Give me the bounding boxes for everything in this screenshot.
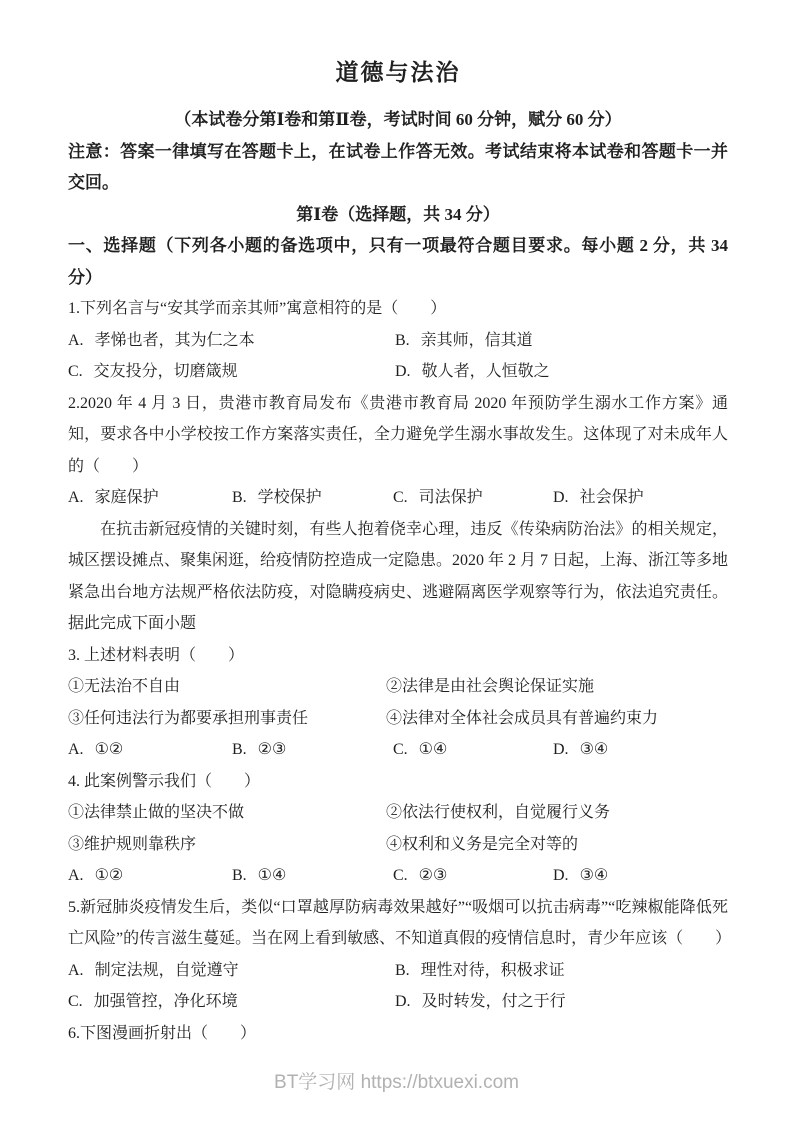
option-text: 司法保护 — [419, 489, 483, 506]
option-d: D.社会保护 — [553, 482, 728, 514]
option-label: D. — [553, 867, 569, 884]
statement-1: ①法律禁止做的坚决不做 — [68, 797, 386, 829]
statement-1: ①无法治不自由 — [68, 671, 386, 703]
option-a: A.孝悌也者，其为仁之本 — [68, 325, 395, 357]
question-6: 6.下图漫画折射出（ ） — [68, 1018, 728, 1050]
page-content: 道德与法治 （本试卷分第Ⅰ卷和第Ⅱ卷，考试时间 60 分钟，赋分 60 分） 注… — [68, 56, 728, 1049]
option-label: A. — [68, 962, 84, 979]
option-label: C. — [68, 363, 83, 380]
option-b: B.①④ — [232, 860, 393, 892]
option-text: ③④ — [580, 867, 609, 884]
option-c: C.交友投分，切磨箴规 — [68, 356, 395, 388]
question-5: 5.新冠肺炎疫情发生后，类似“口罩越厚防病毒效果越好”“吸烟可以抗击病毒”“吃辣… — [68, 892, 728, 1018]
question-1: 1.下列名言与“安其学而亲其师”寓意相符的是（ ） A.孝悌也者，其为仁之本 B… — [68, 293, 728, 388]
statement-3: ③任何违法行为都要承担刑事责任 — [68, 703, 386, 735]
option-label: D. — [395, 363, 411, 380]
option-label: D. — [553, 489, 569, 506]
option-label: C. — [393, 489, 408, 506]
option-text: 社会保护 — [580, 489, 644, 506]
option-text: 制定法规，自觉遵守 — [95, 962, 239, 979]
question-4: 4. 此案例警示我们（ ） ①法律禁止做的坚决不做 ②依法行使权利，自觉履行义务… — [68, 766, 728, 892]
paper-info-line: （本试卷分第Ⅰ卷和第Ⅱ卷，考试时间 60 分钟，赋分 60 分） — [68, 104, 728, 136]
material-paragraph: 在抗击新冠疫情的关键时刻，有些人抱着侥幸心理，违反《传染病防治法》的相关规定，城… — [68, 514, 728, 640]
question-5-stem: 5.新冠肺炎疫情发生后，类似“口罩越厚防病毒效果越好”“吸烟可以抗击病毒”“吃辣… — [68, 892, 728, 955]
option-label: C. — [393, 867, 408, 884]
option-text: ①④ — [258, 867, 287, 884]
option-label: B. — [232, 867, 247, 884]
option-label: A. — [68, 489, 84, 506]
question-2-stem: 2.2020 年 4 月 3 日，贵港市教育局发布《贵港市教育局 2020 年预… — [68, 388, 728, 483]
option-label: C. — [393, 741, 408, 758]
option-text: ②③ — [419, 867, 448, 884]
option-label: A. — [68, 741, 84, 758]
statement-2: ②法律是由社会舆论保证实施 — [386, 671, 728, 703]
option-text: 学校保护 — [258, 489, 322, 506]
option-a: A.①② — [68, 734, 232, 766]
option-text: 理性对待，积极求证 — [421, 962, 565, 979]
question-6-stem: 6.下图漫画折射出（ ） — [68, 1018, 728, 1050]
option-label: A. — [68, 332, 84, 349]
option-b: B.学校保护 — [232, 482, 393, 514]
site-watermark: BT学习网 https://btxuexi.com — [0, 1070, 793, 1096]
option-d: D.敬人者，人恒敬之 — [395, 356, 728, 388]
option-b: B.亲其师，信其道 — [395, 325, 728, 357]
part1-heading: 第Ⅰ卷（选择题，共 34 分） — [68, 199, 728, 231]
watermark-link[interactable]: BT学习网 https://btxuexi.com — [274, 1072, 519, 1093]
option-text: ①④ — [419, 741, 448, 758]
option-text: 敬人者，人恒敬之 — [422, 363, 550, 380]
statement-4: ④法律对全体社会成员具有普遍约束力 — [386, 703, 728, 735]
question-5-options: A.制定法规，自觉遵守 B.理性对待，积极求证 C.加强管控，净化环境 D.及时… — [68, 955, 728, 1018]
option-c: C.加强管控，净化环境 — [68, 986, 395, 1018]
notice-line: 注意：答案一律填写在答题卡上，在试卷上作答无效。考试结束将本试卷和答题卡一并交回… — [68, 136, 728, 199]
question-1-options: A.孝悌也者，其为仁之本 B.亲其师，信其道 C.交友投分，切磨箴规 D.敬人者… — [68, 325, 728, 388]
page-title: 道德与法治 — [68, 56, 728, 90]
question-3-options: A.①② B.②③ C.①④ D.③④ — [68, 734, 728, 766]
statement-3: ③维护规则靠秩序 — [68, 829, 386, 861]
option-label: B. — [395, 962, 410, 979]
option-b: B.②③ — [232, 734, 393, 766]
option-d: D.③④ — [553, 734, 728, 766]
option-label: D. — [395, 993, 411, 1010]
option-label: C. — [68, 993, 83, 1010]
option-text: ①② — [95, 741, 124, 758]
option-a: A.①② — [68, 860, 232, 892]
option-text: ①② — [95, 867, 124, 884]
exam-paper-page: 道德与法治 （本试卷分第Ⅰ卷和第Ⅱ卷，考试时间 60 分钟，赋分 60 分） 注… — [0, 0, 793, 1122]
option-d: D.及时转发，付之于行 — [395, 986, 728, 1018]
question-4-stem: 4. 此案例警示我们（ ） — [68, 766, 728, 798]
option-text: ②③ — [258, 741, 287, 758]
option-label: A. — [68, 867, 84, 884]
question-3-stem: 3. 上述材料表明（ ） — [68, 640, 728, 672]
option-text: 家庭保护 — [95, 489, 159, 506]
option-label: B. — [232, 489, 247, 506]
option-c: C.司法保护 — [393, 482, 553, 514]
statement-2: ②依法行使权利，自觉履行义务 — [386, 797, 728, 829]
option-text: 加强管控，净化环境 — [94, 993, 238, 1010]
option-label: B. — [232, 741, 247, 758]
option-text: 孝悌也者，其为仁之本 — [95, 332, 255, 349]
statement-4: ④权利和义务是完全对等的 — [386, 829, 728, 861]
option-c: C.①④ — [393, 734, 553, 766]
question-4-items: ①法律禁止做的坚决不做 ②依法行使权利，自觉履行义务 ③维护规则靠秩序 ④权利和… — [68, 797, 728, 860]
option-label: B. — [395, 332, 410, 349]
question-2-options: A.家庭保护 B.学校保护 C.司法保护 D.社会保护 — [68, 482, 728, 514]
option-d: D.③④ — [553, 860, 728, 892]
question-4-options: A.①② B.①④ C.②③ D.③④ — [68, 860, 728, 892]
option-text: ③④ — [580, 741, 609, 758]
question-1-stem: 1.下列名言与“安其学而亲其师”寓意相符的是（ ） — [68, 293, 728, 325]
option-text: 亲其师，信其道 — [421, 332, 533, 349]
option-text: 交友投分，切磨箴规 — [94, 363, 238, 380]
option-a: A.制定法规，自觉遵守 — [68, 955, 395, 987]
question-3: 3. 上述材料表明（ ） ①无法治不自由 ②法律是由社会舆论保证实施 ③任何违法… — [68, 640, 728, 766]
question-2: 2.2020 年 4 月 3 日，贵港市教育局发布《贵港市教育局 2020 年预… — [68, 388, 728, 514]
option-c: C.②③ — [393, 860, 553, 892]
option-label: D. — [553, 741, 569, 758]
option-a: A.家庭保护 — [68, 482, 232, 514]
question-3-items: ①无法治不自由 ②法律是由社会舆论保证实施 ③任何违法行为都要承担刑事责任 ④法… — [68, 671, 728, 734]
section1-heading: 一、选择题（下列各小题的备选项中，只有一项最符合题目要求。每小题 2 分，共 3… — [68, 230, 728, 293]
option-text: 及时转发，付之于行 — [422, 993, 566, 1010]
option-b: B.理性对待，积极求证 — [395, 955, 728, 987]
